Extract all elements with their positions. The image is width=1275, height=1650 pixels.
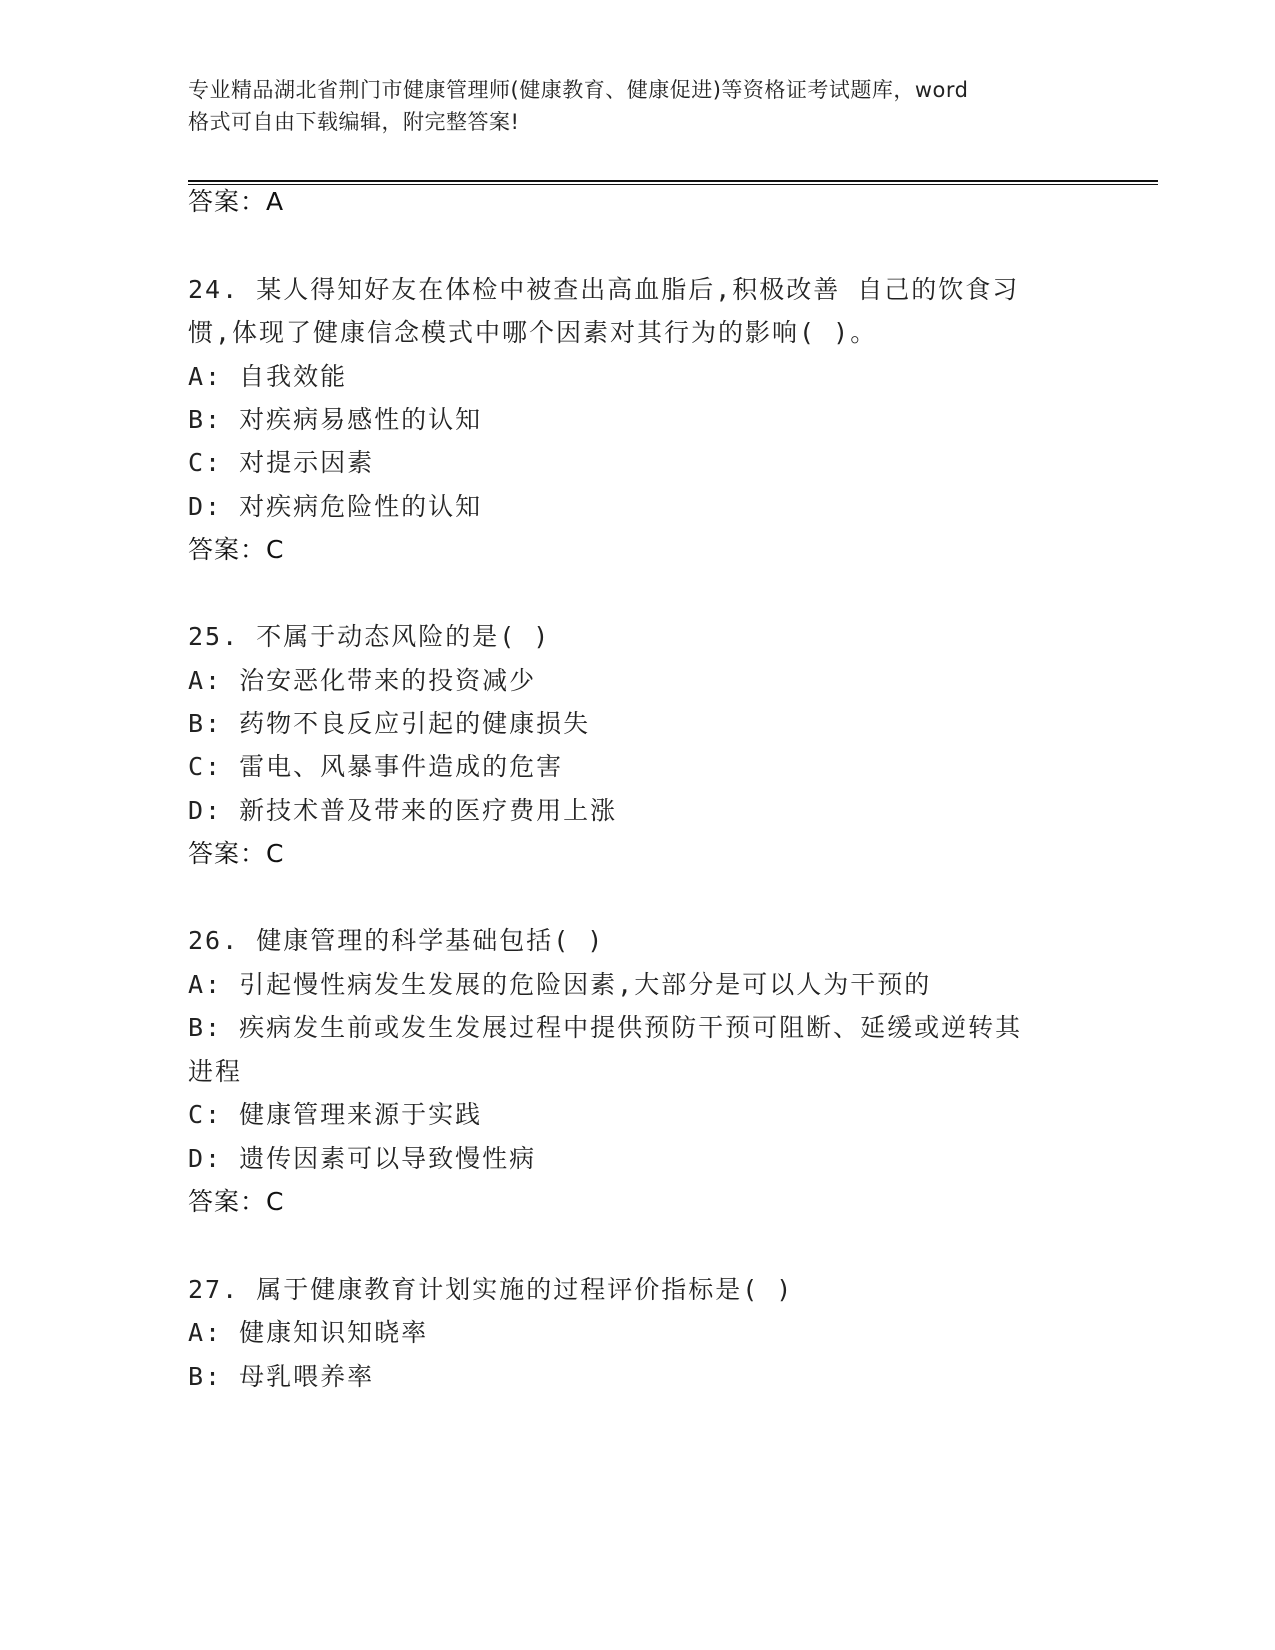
question-25-option-d: D: 新技术普及带来的医疗费用上涨 <box>188 794 617 828</box>
question-26-option-b: B: 疾病发生前或发生发展过程中提供预防干预可阻断、延缓或逆转其 <box>188 1011 1022 1045</box>
question-24-stem-line-1: 24. 某人得知好友在体检中被查出高血脂后,积极改善 自己的饮食习 <box>188 273 1019 307</box>
document-header: 专业精品湖北省荆门市健康管理师(健康教育、健康促进)等资格证考试题库，word … <box>188 74 1088 138</box>
question-24-option-b: B: 对疾病易感性的认知 <box>188 403 482 437</box>
question-27-option-a: A: 健康知识知晓率 <box>188 1316 428 1350</box>
question-27-stem: 27. 属于健康教育计划实施的过程评价指标是( ) <box>188 1273 793 1307</box>
question-24-stem-line-2: 惯,体现了健康信念模式中哪个因素对其行为的影响( )。 <box>188 316 877 350</box>
question-24-option-a: A: 自我效能 <box>188 360 347 394</box>
header-line-2: 格式可自由下载编辑，附完整答案! <box>188 106 1088 138</box>
question-26-stem: 26. 健康管理的科学基础包括( ) <box>188 924 604 958</box>
question-26-option-a: A: 引起慢性病发生发展的危险因素,大部分是可以人为干预的 <box>188 968 931 1002</box>
question-26-option-b-continued: 进程 <box>188 1055 242 1089</box>
header-divider-thin <box>188 184 1158 185</box>
question-24-option-c: C: 对提示因素 <box>188 446 374 480</box>
question-27-option-b: B: 母乳喂养率 <box>188 1360 374 1394</box>
question-25-option-b: B: 药物不良反应引起的健康损失 <box>188 707 590 741</box>
question-26-option-d: D: 遗传因素可以导致慢性病 <box>188 1142 536 1176</box>
question-25-option-c: C: 雷电、风暴事件造成的危害 <box>188 750 563 784</box>
header-line-1: 专业精品湖北省荆门市健康管理师(健康教育、健康促进)等资格证考试题库，word <box>188 74 1088 106</box>
question-24-answer: 答案：C <box>188 533 284 567</box>
question-25-option-a: A: 治安恶化带来的投资减少 <box>188 664 536 698</box>
question-26-option-c: C: 健康管理来源于实践 <box>188 1098 482 1132</box>
header-divider <box>188 180 1158 182</box>
question-24-option-d: D: 对疾病危险性的认知 <box>188 490 482 524</box>
question-25-stem: 25. 不属于动态风险的是( ) <box>188 620 550 654</box>
document-page: 专业精品湖北省荆门市健康管理师(健康教育、健康促进)等资格证考试题库，word … <box>0 0 1275 1650</box>
question-25-answer: 答案：C <box>188 837 284 871</box>
previous-answer: 答案：A <box>188 185 284 219</box>
question-26-answer: 答案：C <box>188 1185 284 1219</box>
